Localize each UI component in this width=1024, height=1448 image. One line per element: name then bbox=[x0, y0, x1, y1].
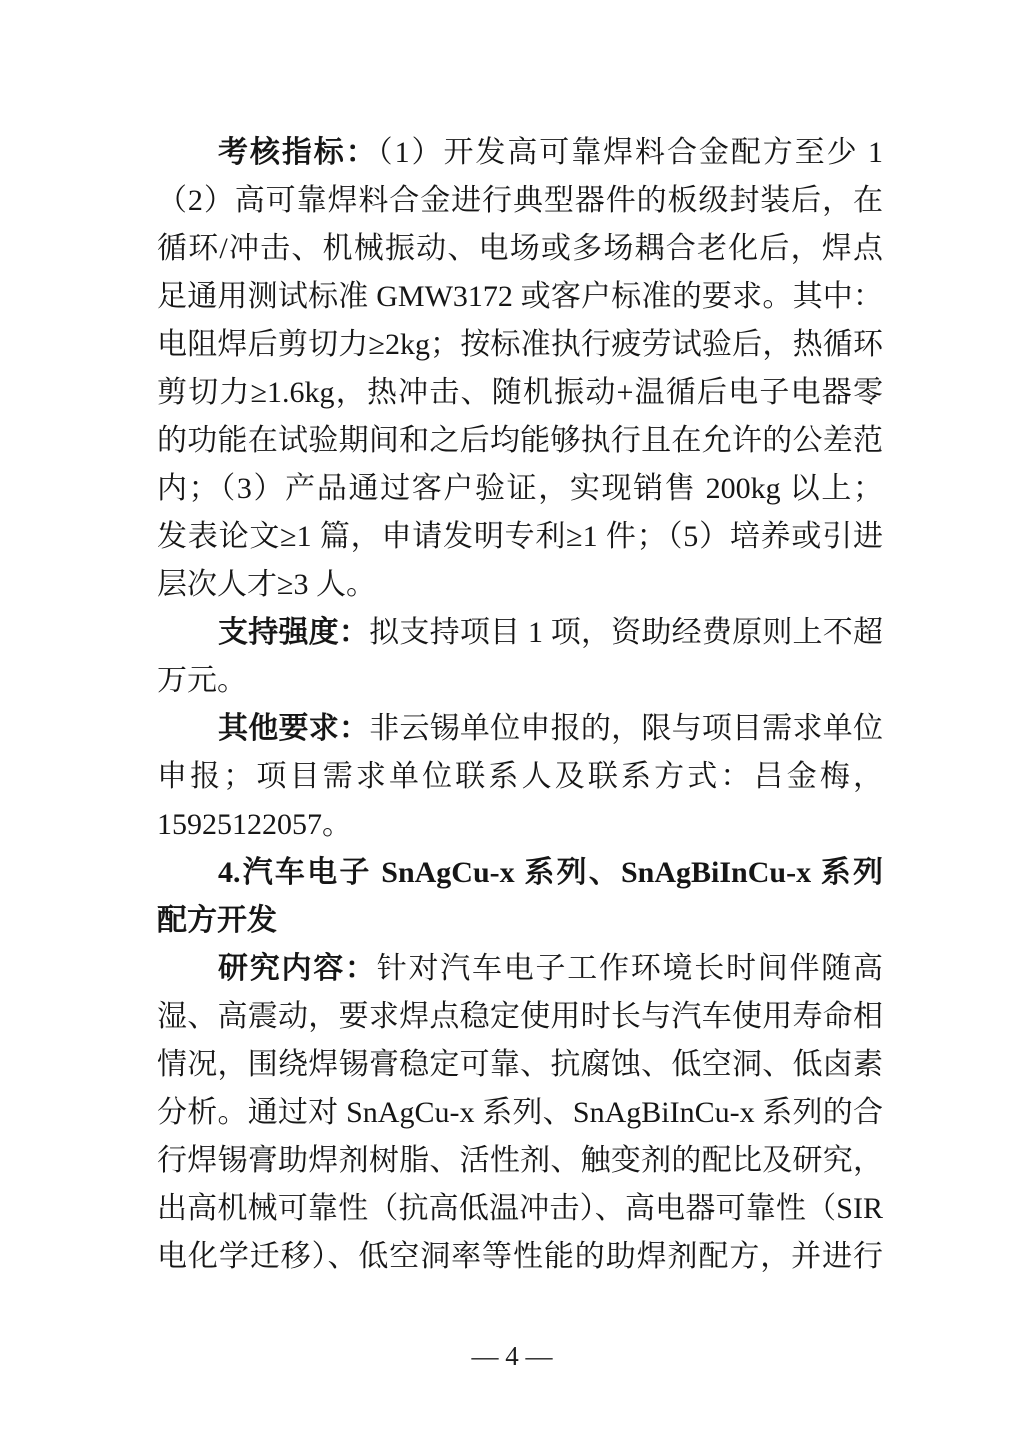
paragraph-line: 出高机械可靠性（抗高低温冲击）、高电器可靠性（SIR 和 bbox=[157, 1185, 883, 1233]
paragraph-line: 足通用测试标准 GMW3172 或客户标准的要求。其中：0603 bbox=[157, 273, 883, 321]
run-text: （2）高可靠焊料合金进行典型器件的板级封装后，在温度 bbox=[157, 184, 883, 225]
paragraph-line: 循环/冲击、机械振动、电场或多场耦合老化后，焊点性能满 bbox=[157, 225, 883, 273]
run-text: 的功能在试验期间和之后均能够执行且在允许的公差范围 bbox=[157, 424, 883, 465]
run-label-bold: 其他要求： bbox=[218, 712, 369, 745]
paragraph-line: 分析。通过对 SnAgCu-x 系列、SnAgBiInCu-x 系列的合金进 bbox=[157, 1089, 883, 1137]
paragraph-line: 电化学迁移）、低空洞率等性能的助焊剂配方，并进行配方 bbox=[157, 1233, 883, 1281]
document-body: 考核指标：（1）开发高可靠焊料合金配方至少 1 个； （2）高可靠焊料合金进行典… bbox=[157, 129, 883, 1281]
paragraph-line: 湿、高震动，要求焊点稳定使用时长与汽车使用寿命相当的 bbox=[157, 993, 883, 1041]
run-text: 电阻焊后剪切力≥2kg；按标准执行疲劳试验后，热循环后 bbox=[157, 328, 883, 369]
paragraph-line-phone-number: 15925122057。 bbox=[157, 801, 883, 849]
paragraph-line: 剪切力≥1.6kg，热冲击、随机振动+温循后电子电器零部件 bbox=[157, 369, 883, 417]
run-text: 剪切力≥1.6kg，热冲击、随机振动+温循后电子电器零部件 bbox=[157, 376, 883, 417]
paragraph-line-other-requirements: 其他要求：非云锡单位申报的，限与项目需求单位联合 bbox=[157, 705, 883, 753]
run-text: 发表论文≥1 篇，申请发明专利≥1 件；（5）培养或引进高 bbox=[157, 520, 883, 561]
run-heading-bold: 4.汽车电子 SnAgCu-x 系列、SnAgBiInCu-x 系列助焊剂 bbox=[157, 856, 883, 897]
paragraph-line-support-strength: 支持强度：拟支持项目 1 项，资助经费原则上不超过 300 bbox=[157, 609, 883, 657]
run-text: 出高机械可靠性（抗高低温冲击）、高电器可靠性（SIR 和 bbox=[157, 1192, 883, 1233]
run-label-bold: 考核指标： bbox=[218, 136, 378, 169]
run-text: 湿、高震动，要求焊点稳定使用时长与汽车使用寿命相当的 bbox=[157, 1000, 883, 1041]
section-heading-line: 4.汽车电子 SnAgCu-x 系列、SnAgBiInCu-x 系列助焊剂 bbox=[157, 849, 883, 897]
run-text: 15925122057。 bbox=[157, 808, 352, 841]
run-text: 分析。通过对 SnAgCu-x 系列、SnAgBiInCu-x 系列的合金进 bbox=[157, 1096, 883, 1137]
paragraph-line: 行焊锡膏助焊剂树脂、活性剂、触变剂的配比及研究，优选 bbox=[157, 1137, 883, 1185]
paragraph-line-end: 万元。 bbox=[157, 657, 883, 705]
paragraph-line-research-content: 研究内容：针对汽车电子工作环境长时间伴随高温、高 bbox=[157, 945, 883, 993]
paragraph-line-end: 层次人才≥3 人。 bbox=[157, 561, 883, 609]
paragraph-line: 申报；项目需求单位联系人及联系方式：吕金梅， bbox=[157, 753, 883, 801]
run-text: 行焊锡膏助焊剂树脂、活性剂、触变剂的配比及研究，优选 bbox=[157, 1144, 883, 1185]
paragraph-line: 发表论文≥1 篇，申请发明专利≥1 件；（5）培养或引进高 bbox=[157, 513, 883, 561]
run-text: 层次人才≥3 人。 bbox=[157, 568, 376, 601]
run-text: 电化学迁移）、低空洞率等性能的助焊剂配方，并进行配方 bbox=[157, 1240, 883, 1281]
run-text: 申报；项目需求单位联系人及联系方式：吕金梅， bbox=[157, 760, 883, 793]
document-page: 考核指标：（1）开发高可靠焊料合金配方至少 1 个； （2）高可靠焊料合金进行典… bbox=[0, 0, 1024, 1448]
paragraph-line-assessment-indicators: 考核指标：（1）开发高可靠焊料合金配方至少 1 个； bbox=[157, 129, 883, 177]
run-label-bold: 研究内容： bbox=[218, 952, 377, 985]
section-heading-line: 配方开发 bbox=[157, 897, 883, 945]
run-text: 足通用测试标准 GMW3172 或客户标准的要求。其中：0603 bbox=[157, 280, 883, 321]
run-text: 情况，围绕焊锡膏稳定可靠、抗腐蚀、低空洞、低卤素进行 bbox=[157, 1048, 883, 1089]
run-text: 万元。 bbox=[157, 664, 247, 697]
run-label-bold: 支持强度： bbox=[218, 616, 369, 649]
run-heading-bold: 配方开发 bbox=[157, 904, 277, 937]
paragraph-line: （2）高可靠焊料合金进行典型器件的板级封装后，在温度 bbox=[157, 177, 883, 225]
page-number: — 4 — bbox=[0, 1336, 1024, 1376]
paragraph-line: 电阻焊后剪切力≥2kg；按标准执行疲劳试验后，热循环后 bbox=[157, 321, 883, 369]
run-text: 内；（3）产品通过客户验证，实现销售 200kg 以上；（4） bbox=[157, 472, 883, 513]
paragraph-line: 内；（3）产品通过客户验证，实现销售 200kg 以上；（4） bbox=[157, 465, 883, 513]
run-text: 循环/冲击、机械振动、电场或多场耦合老化后，焊点性能满 bbox=[157, 232, 883, 273]
paragraph-line: 情况，围绕焊锡膏稳定可靠、抗腐蚀、低空洞、低卤素进行 bbox=[157, 1041, 883, 1089]
paragraph-line: 的功能在试验期间和之后均能够执行且在允许的公差范围 bbox=[157, 417, 883, 465]
